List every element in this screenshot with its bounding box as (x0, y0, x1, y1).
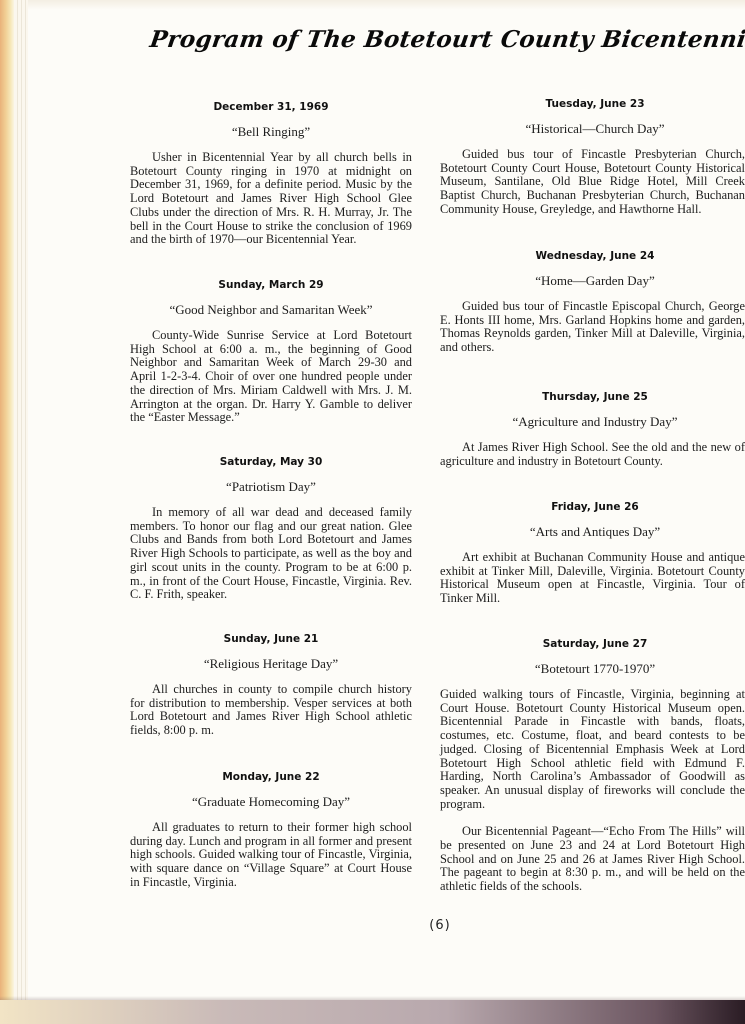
page-top-shade (28, 0, 745, 10)
event-name: “Botetourt 1770-1970” (440, 661, 745, 677)
event-name: “Bell Ringing” (130, 124, 412, 140)
event-description: Usher in Bicentennial Year by all church… (130, 151, 412, 247)
event-name: “Graduate Homecoming Day” (130, 794, 412, 810)
event-may-30: Saturday, May 30 “Patriotism Day” In mem… (130, 455, 412, 602)
page-number: (6) (0, 918, 745, 933)
event-date: Sunday, June 21 (130, 632, 412, 646)
event-name: “Good Neighbor and Samaritan Week” (130, 302, 412, 318)
event-date: Sunday, March 29 (130, 278, 412, 292)
event-june-21: Sunday, June 21 “Religious Heritage Day”… (130, 632, 412, 738)
page-bottom-edge (0, 1000, 745, 1024)
event-description: Art exhibit at Buchanan Community House … (440, 551, 745, 606)
event-june-25: Thursday, June 25 “Agriculture and Indus… (440, 390, 745, 468)
event-description: Guided walking tours of Fincastle, Virgi… (440, 688, 745, 811)
event-name: “Historical—Church Day” (440, 121, 745, 137)
event-description: Guided bus tour of Fincastle Presbyteria… (440, 148, 745, 217)
event-june-26: Friday, June 26 “Arts and Antiques Day” … (440, 500, 745, 606)
event-date: Saturday, May 30 (130, 455, 412, 469)
event-date: Saturday, June 27 (440, 637, 745, 651)
event-date: December 31, 1969 (130, 100, 412, 114)
event-march-29: Sunday, March 29 “Good Neighbor and Sama… (130, 278, 412, 425)
event-name: “Arts and Antiques Day” (440, 524, 745, 540)
event-date: Wednesday, June 24 (440, 249, 745, 263)
event-date: Monday, June 22 (130, 770, 412, 784)
pageant-note: Our Bicentennial Pageant—“Echo From The … (440, 825, 745, 894)
event-june-24: Wednesday, June 24 “Home—Garden Day” Gui… (440, 249, 745, 355)
event-name: “Patriotism Day” (130, 479, 412, 495)
event-description: Guided bus tour of Fincastle Episcopal C… (440, 300, 745, 355)
event-description: All churches in county to compile church… (130, 683, 412, 738)
event-description: County-Wide Sunrise Service at Lord Bote… (130, 329, 412, 425)
event-date: Thursday, June 25 (440, 390, 745, 404)
event-june-23: Tuesday, June 23 “Historical—Church Day”… (440, 97, 745, 217)
event-description: All graduates to return to their former … (130, 821, 412, 890)
event-june-22: Monday, June 22 “Graduate Homecoming Day… (130, 770, 412, 890)
page-title: Program of The Botetourt County Bicenten… (148, 26, 712, 53)
event-name: “Religious Heritage Day” (130, 656, 412, 672)
page-binding-edge (0, 0, 14, 1000)
event-name: “Agriculture and Industry Day” (440, 414, 745, 430)
event-december-31: December 31, 1969 “Bell Ringing” Usher i… (130, 100, 412, 247)
event-date: Friday, June 26 (440, 500, 745, 514)
event-description: At James River High School. See the old … (440, 441, 745, 468)
event-june-27: Saturday, June 27 “Botetourt 1770-1970” … (440, 637, 745, 894)
event-description: In memory of all war dead and deceased f… (130, 506, 412, 602)
page-stack-edge (14, 0, 28, 1000)
event-name: “Home—Garden Day” (440, 273, 745, 289)
event-date: Tuesday, June 23 (440, 97, 745, 111)
